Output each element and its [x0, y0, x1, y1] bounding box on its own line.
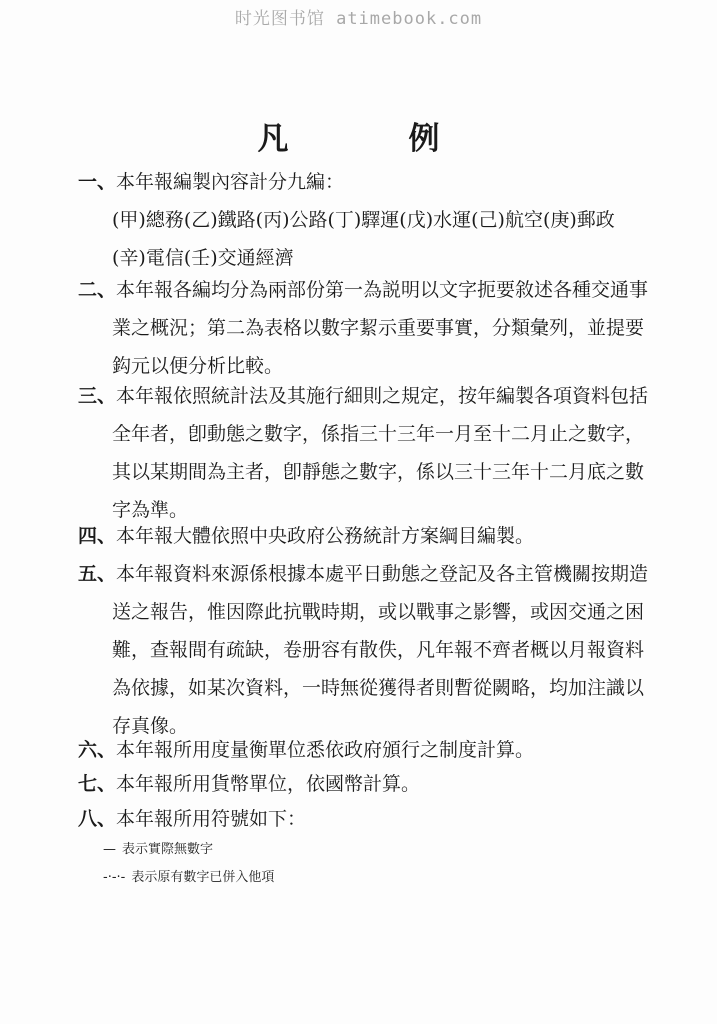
item-line: 本年報依照統計法及其施行細則之規定，按年編製各項資料包括: [116, 385, 648, 407]
item-line: 為依據，如某次資料，一時無從獲得者則暫從闕略，均加注識以: [78, 669, 688, 707]
item-number: 三、: [78, 377, 116, 415]
item-line: (甲)總務(乙)鐵路(丙)公路(丁)驛運(戊)水運(己)航空(庚)郵政: [78, 201, 688, 239]
rule-item-5: 五、本年報資料來源係根據本處平日動態之登記及各主管機關按期造 送之報告，惟因際此…: [78, 555, 688, 745]
symbol-description: 表示實際無數字: [122, 842, 213, 857]
item-line: 本年報所用度量衡單位悉依政府頒行之制度計算。: [116, 739, 534, 761]
dash-dot-symbol: -·-·-: [103, 870, 125, 885]
item-number: 五、: [78, 555, 116, 593]
item-number: 四、: [78, 517, 116, 555]
item-number: 七、: [78, 765, 116, 803]
item-line: 全年者，卽動態之數字，係指三十三年一月至十二月止之數字，: [78, 415, 688, 453]
item-line: 本年報所用符號如下：: [116, 808, 306, 830]
item-line: 難，查報間有疏缺，卷册容有散佚，凡年報不齊者概以月報資料: [78, 631, 688, 669]
rule-item-1: 一、本年報編製內容計分九編： (甲)總務(乙)鐵路(丙)公路(丁)驛運(戊)水運…: [78, 163, 688, 277]
item-number: 二、: [78, 271, 116, 309]
rule-item-2: 二、本年報各編均分為兩部份第一為説明以文字扼要敘述各種交通事 業之概況；第二為表…: [78, 271, 688, 385]
symbol-legend-row: -·-·-表示原有數字已併入他項: [103, 866, 274, 885]
symbol-legend-row: —表示實際無數字: [103, 838, 213, 857]
rule-item-8: 八、本年報所用符號如下：: [78, 800, 688, 838]
item-line: 本年報所用貨幣單位，依國幣計算。: [116, 773, 420, 795]
item-number: 八、: [78, 800, 116, 838]
rule-item-7: 七、本年報所用貨幣單位，依國幣計算。: [78, 765, 688, 803]
item-line: 業之概況；第二為表格以數字絜示重要事實，分類彙列，並提要: [78, 309, 688, 347]
dash-symbol: —: [103, 842, 116, 857]
title-char-2: 例: [409, 113, 440, 158]
item-line: 其以某期間為主者，卽靜態之數字，係以三十三年十二月底之數: [78, 453, 688, 491]
item-number: 六、: [78, 731, 116, 769]
watermark: 时光图书馆 atimebook.com: [0, 4, 717, 29]
rule-item-3: 三、本年報依照統計法及其施行細則之規定，按年編製各項資料包括 全年者，卽動態之數…: [78, 377, 688, 529]
item-line: 送之報告，惟因際此抗戰時期，或以戰事之影響，或因交通之困: [78, 593, 688, 631]
item-line: 本年報各編均分為兩部份第一為説明以文字扼要敘述各種交通事: [116, 279, 648, 301]
item-number: 一、: [78, 163, 116, 201]
item-line: 本年報大體依照中央政府公務統計方案綱目編製。: [116, 525, 534, 547]
item-line: 本年報編製內容計分九編：: [116, 171, 344, 193]
rule-item-6: 六、本年報所用度量衡單位悉依政府頒行之制度計算。: [78, 731, 688, 769]
rule-item-4: 四、本年報大體依照中央政府公務統計方案綱目編製。: [78, 517, 688, 555]
symbol-description: 表示原有數字已併入他項: [131, 870, 274, 885]
page-title: 凡例: [0, 113, 717, 158]
item-line: 本年報資料來源係根據本處平日動態之登記及各主管機關按期造: [116, 563, 648, 585]
title-char-1: 凡: [258, 113, 289, 158]
